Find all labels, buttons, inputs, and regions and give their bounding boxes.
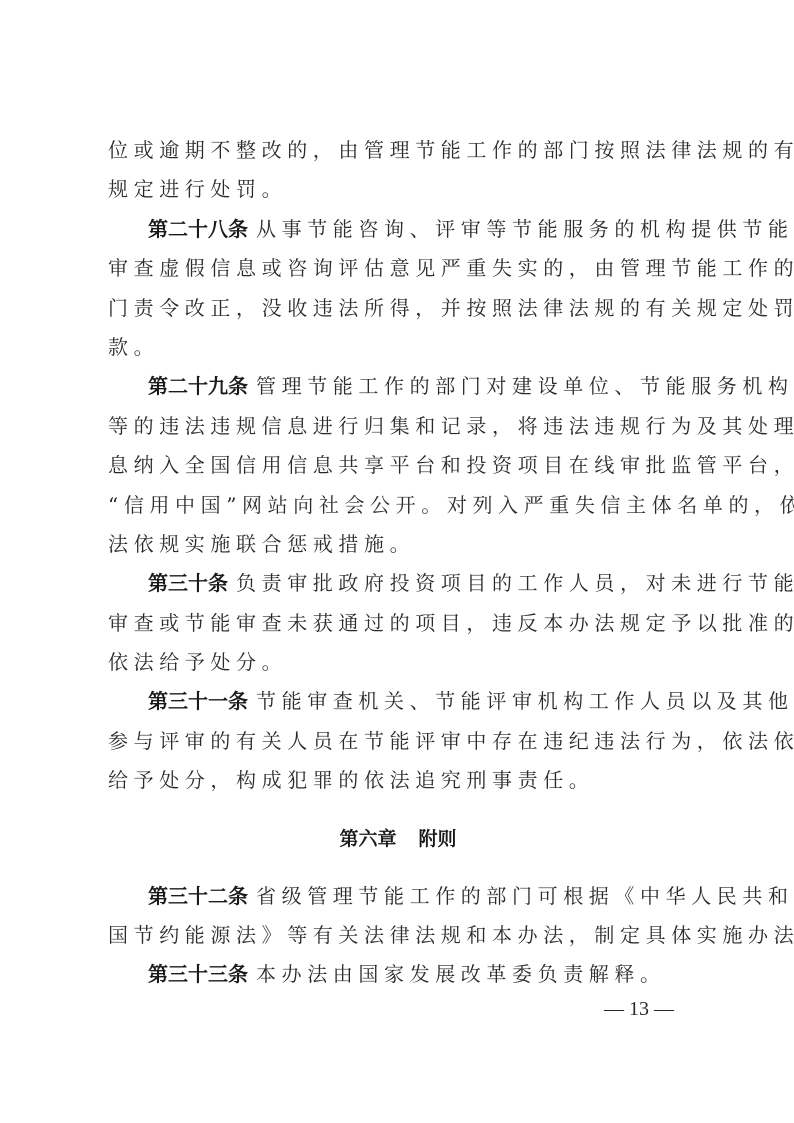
text-line: 款。 [108, 328, 688, 367]
text-line: 第三十条负责审批政府投资项目的工作人员，对未进行节能 [108, 564, 688, 603]
text-line: 国节约能源法》等有关法律法规和本办法，制定具体实施办法。 [108, 916, 688, 955]
paragraph-continuation: 位或逾期不整改的，由管理节能工作的部门按照法律法规的有关 规定进行处罚。 [108, 131, 688, 210]
text-line: 位或逾期不整改的，由管理节能工作的部门按照法律法规的有关 [108, 131, 688, 170]
chapter-heading: 第六章附则 [108, 819, 688, 859]
article-number: 第二十九条 [148, 374, 248, 398]
chapter-title: 附则 [419, 828, 457, 850]
text-line: 审查或节能审查未获通过的项目，违反本办法规定予以批准的， [108, 604, 688, 643]
text-line: 给予处分，构成犯罪的依法追究刑事责任。 [108, 761, 688, 800]
article-number: 第三十二条 [148, 884, 248, 908]
text-line: 门责令改正，没收违法所得，并按照法律法规的有关规定处罚 [108, 289, 688, 328]
article-31: 第三十一条节能审查机关、节能评审机构工作人员以及其他 参与评审的有关人员在节能评… [108, 682, 688, 800]
text-line: “信用中国”网站向社会公开。对列入严重失信主体名单的，依 [108, 486, 688, 525]
text-line: 第三十二条省级管理节能工作的部门可根据《中华人民共和 [108, 877, 688, 916]
article-29: 第二十九条管理节能工作的部门对建设单位、节能服务机构 等的违法违规信息进行归集和… [108, 367, 688, 564]
article-30: 第三十条负责审批政府投资项目的工作人员，对未进行节能 审查或节能审查未获通过的项… [108, 564, 688, 682]
text-line: 第三十一条节能审查机关、节能评审机构工作人员以及其他 [108, 682, 688, 721]
article-33: 第三十三条本办法由国家发展改革委负责解释。 [108, 955, 688, 994]
text-line: 审查虚假信息或咨询评估意见严重失实的，由管理节能工作的部 [108, 249, 688, 288]
text-line: 第二十八条从事节能咨询、评审等节能服务的机构提供节能 [108, 210, 688, 249]
text-line: 第三十三条本办法由国家发展改革委负责解释。 [108, 955, 688, 994]
document-page: 位或逾期不整改的，由管理节能工作的部门按照法律法规的有关 规定进行处罚。 第二十… [108, 131, 688, 995]
text-line: 依法给予处分。 [108, 643, 688, 682]
text-line: 等的违法违规信息进行归集和记录，将违法违规行为及其处理信 [108, 407, 688, 446]
page-number: — 13 — [594, 998, 684, 1021]
text-line: 参与评审的有关人员在节能评审中存在违纪违法行为，依法依规 [108, 722, 688, 761]
article-number: 第三十三条 [148, 962, 248, 986]
article-28: 第二十八条从事节能咨询、评审等节能服务的机构提供节能 审查虚假信息或咨询评估意见… [108, 210, 688, 368]
article-number: 第二十八条 [148, 217, 248, 241]
text-line: 法依规实施联合惩戒措施。 [108, 525, 688, 564]
text-line: 第二十九条管理节能工作的部门对建设单位、节能服务机构 [108, 367, 688, 406]
article-number: 第三十一条 [148, 689, 248, 713]
chapter-number: 第六章 [339, 828, 396, 850]
article-32: 第三十二条省级管理节能工作的部门可根据《中华人民共和 国节约能源法》等有关法律法… [108, 877, 688, 956]
text-line: 规定进行处罚。 [108, 170, 688, 209]
text-line: 息纳入全国信用信息共享平台和投资项目在线审批监管平台，在 [108, 446, 688, 485]
article-number: 第三十条 [148, 571, 228, 595]
